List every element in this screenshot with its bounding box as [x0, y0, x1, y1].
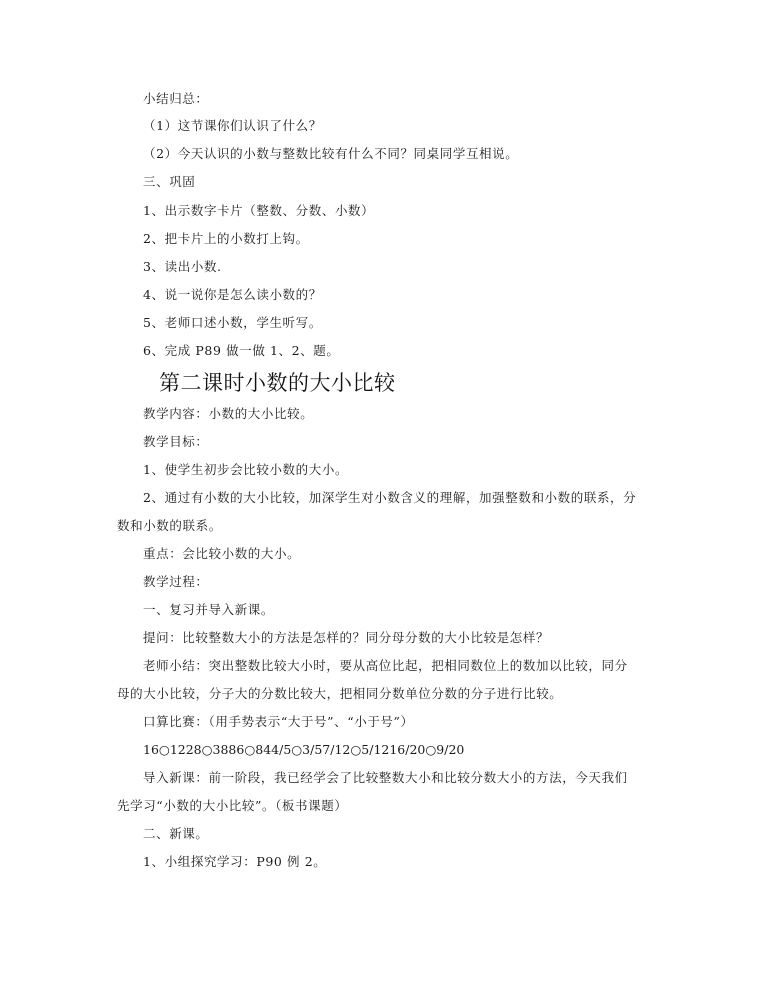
intro-text-continued: 先学习“小数的大小比较”。（板书课题）: [117, 798, 347, 814]
objective-item: 2、通过有小数的大小比较，加深学生对小数含义的理解，加强整数和小数的联系，分: [143, 490, 636, 506]
mental-math-label: 口算比赛：（用手势表示“大于号”、“小于号”）: [143, 714, 414, 730]
review-title: 一、复习并导入新课。: [143, 602, 274, 618]
document-page: 小结归总： （1）这节课你们认识了什么？ （2）今天认识的小数与整数比较有什么不…: [0, 0, 770, 1000]
summary-item: （2）今天认识的小数与整数比较有什么不同？同桌同学互相说。: [143, 146, 518, 162]
lesson-heading: 第二课时小数的大小比较: [159, 370, 396, 396]
new-lesson-title: 二、新课。: [143, 826, 209, 842]
teacher-summary-continued: 母的大小比较，分子大的分数比较大，把相同分数单位分数的分子进行比较。: [117, 686, 562, 702]
summary-item: （1）这节课你们认识了什么？: [143, 118, 322, 134]
objectives-label: 教学目标：: [143, 434, 209, 450]
consolidation-item: 1、出示数字卡片（整数、分数、小数）: [143, 203, 374, 219]
summary-label: 小结归总：: [143, 91, 209, 107]
new-lesson-item: 1、小组探究学习：P90 例 2。: [143, 854, 326, 870]
intro-text: 导入新课：前一阶段，我已经学会了比较整数大小和比较分数大小的方法，今天我们: [143, 770, 628, 786]
lesson-content: 教学内容：小数的大小比较。: [143, 406, 313, 422]
objective-item-continued: 数和小数的联系。: [117, 518, 222, 534]
consolidation-item: 4、说一说你是怎么读小数的？: [143, 287, 322, 303]
process-label: 教学过程：: [143, 574, 209, 590]
consolidation-item: 2、把卡片上的小数打上钩。: [143, 231, 309, 247]
section-title-consolidation: 三、巩固: [143, 174, 195, 190]
question-text: 提问：比较整数大小的方法是怎样的？同分母分数的大小比较是怎样？: [143, 630, 549, 646]
consolidation-item: 3、读出小数.: [143, 259, 222, 275]
key-point: 重点：会比较小数的大小。: [143, 546, 300, 562]
objective-item: 1、使学生初步会比较小数的大小。: [143, 462, 348, 478]
teacher-summary: 老师小结：突出整数比较大小时，要从高位比起，把相同数位上的数加以比较，同分: [143, 658, 628, 674]
consolidation-item: 5、老师口述小数，学生听写。: [143, 315, 322, 331]
consolidation-item: 6、完成 P89 做一做 1、2、题。: [143, 343, 340, 359]
comparison-exercises: 16○1228○3886○844/5○3/57/12○5/1216/20○9/2…: [143, 742, 464, 758]
